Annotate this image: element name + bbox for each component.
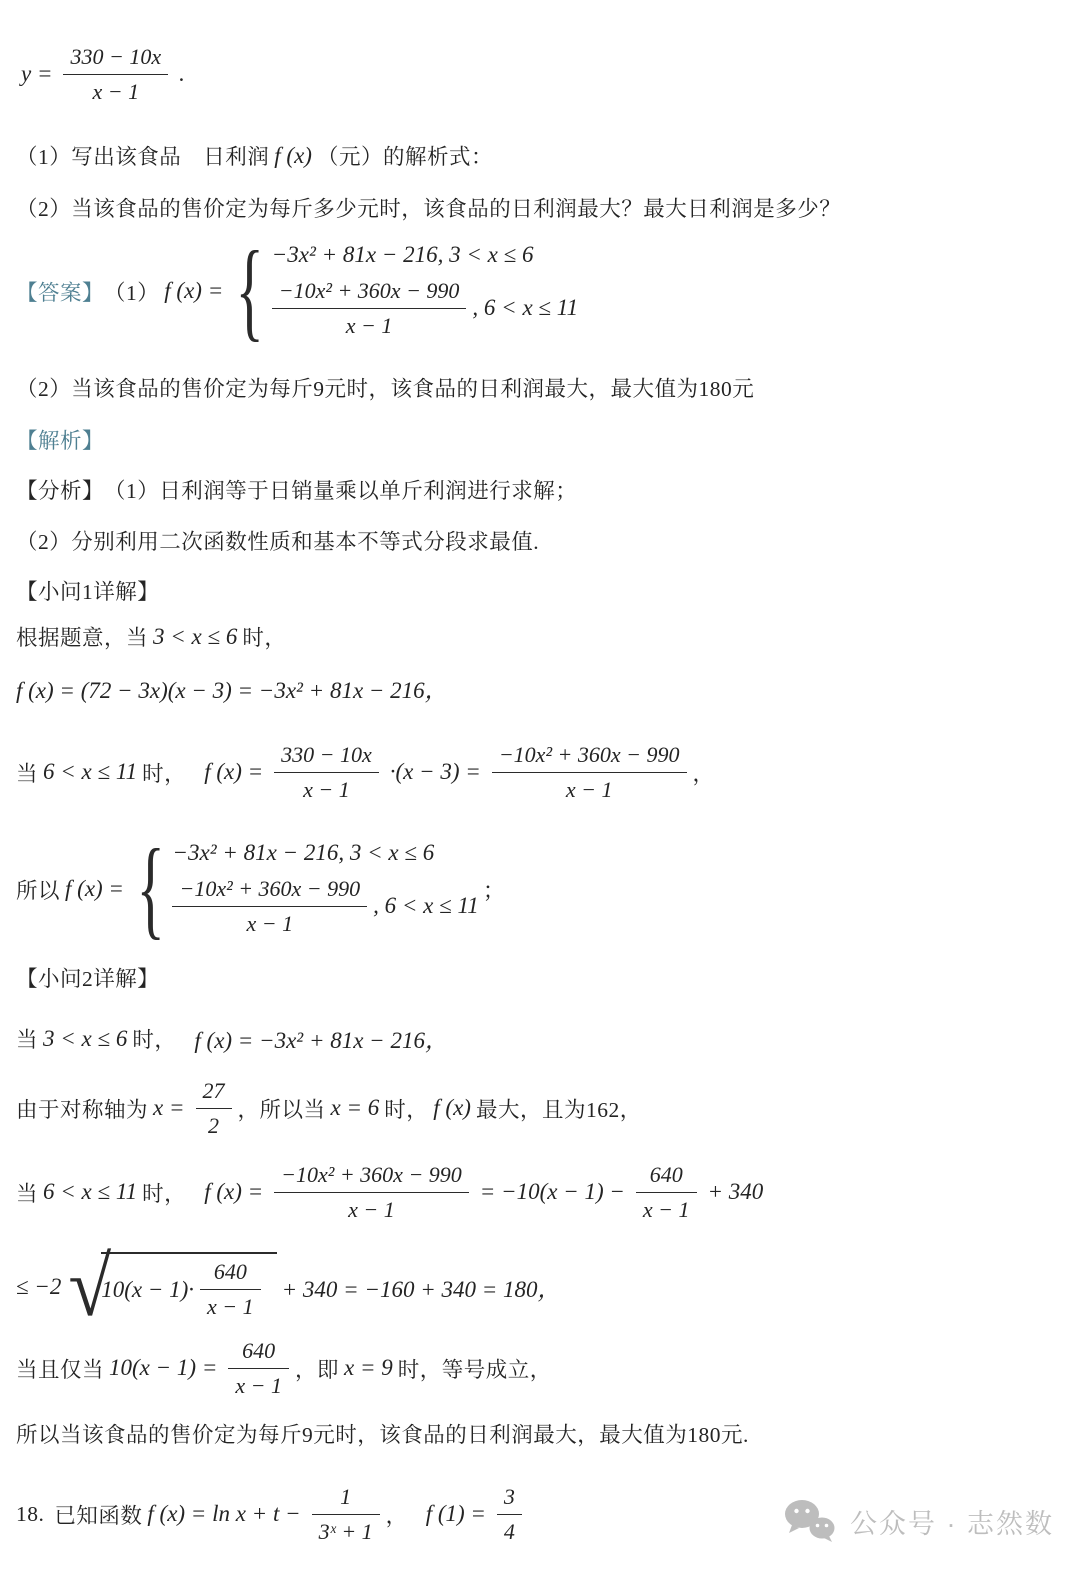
fraction-denominator: x − 1 [200,1290,261,1322]
detail1-line3-comma: ， [693,757,715,788]
detail2-line5-math2: x = 9 [344,1355,393,1381]
fraction-numerator: 1 [312,1482,380,1515]
detail1-line4: 所以 f (x) = { −3x² + 81x − 216, 3 < x ≤ 6… [16,840,505,938]
detail2-line2-text3: 时， [384,1093,428,1124]
case-1: −3x² + 81x − 216, 3 < x ≤ 6 [172,840,434,866]
fraction-numerator: 640 [228,1336,289,1369]
watermark: 公众号 · 志然数 [782,1498,1054,1544]
detail2-line2-text4: 最大，且为162， [476,1093,642,1124]
detail2-line3-math1: 6 < x ≤ 11 [43,1179,137,1205]
case-2: −10x² + 360x − 990 x − 1 , 6 < x ≤ 11 [172,874,478,938]
detail2-line3-lhs: f (x) = [204,1179,263,1205]
detail2-line1-math2: f (x) = −3x² + 81x − 216， [194,1022,448,1055]
detail1-header-label: 【小问1详解】 [16,575,159,606]
answer-label: 【答案】 [16,276,104,307]
piecewise-cases: { −3x² + 81x − 216, 3 < x ≤ 6 −10x² + 36… [133,840,479,938]
detail2-line5: 当且仅当 10(x − 1) = 640 x − 1 ，即 x = 9 时，等号… [16,1336,552,1400]
fraction-numerator: 3 [497,1482,522,1515]
fraction-denominator: x − 1 [636,1193,697,1225]
detail1-line3-text: 当 [16,757,38,788]
analysis-line2-text: （2）分别利用二次函数性质和基本不等式分段求最值. [16,525,539,556]
radicand: 10(x − 1)· 640 x − 1 [101,1252,276,1321]
detail1-line3-text2: 时， [142,757,186,788]
fraction-numerator: −10x² + 360x − 990 [272,276,467,309]
fraction-denominator: x − 1 [63,75,168,107]
question-part2: （2）当该食品的售价定为每斤多少元时，该食品的日利润最大？最大日利润是多少？ [16,192,841,223]
detail2-line1-text2: 时， [132,1023,176,1054]
wechat-icon [782,1498,838,1544]
detail1-line2-math: f (x) = (72 − 3x)(x − 3) = −3x² + 81x − … [16,672,448,705]
detail2-line4: ≤ −2 √ 10(x − 1)· 640 x − 1 + 340 = −160… [16,1250,566,1324]
question-18-lhs: f (x) = ln x + t − [147,1501,300,1527]
fraction-denominator: x − 1 [228,1369,289,1401]
detail2-line3-text: 当 [16,1177,38,1208]
fraction-numerator: 27 [196,1076,232,1109]
question-part1-text2: （元）的解析式： [317,140,493,171]
analysis-line2: （2）分别利用二次函数性质和基本不等式分段求最值. [16,525,539,556]
fraction: 27 2 [196,1076,232,1140]
fraction-denominator: 4 [497,1515,522,1547]
fraction: −10x² + 360x − 990 x − 1 [492,740,687,804]
fraction-denominator: 3ˣ + 1 [312,1515,380,1547]
fraction: 640 x − 1 [228,1336,289,1400]
detail2-line2-text2: ，所以当 [238,1093,326,1124]
detail2-line3: 当 6 < x ≤ 11 时， f (x) = −10x² + 360x − 9… [16,1160,768,1224]
question-part1: （1）写出该食品 日利润 f (x) （元）的解析式： [16,140,493,171]
question-part1-math: f (x) [274,143,312,169]
answer-line: 【答案】 （1） f (x) = { −3x² + 81x − 216, 3 <… [16,242,578,340]
question-18: 18. 已知函数 f (x) = ln x + t − 1 3ˣ + 1 ， f… [16,1482,528,1546]
detail1-header: 【小问1详解】 [16,575,159,606]
detail1-line3-math1: 6 < x ≤ 11 [43,759,137,785]
fraction-numerator: −10x² + 360x − 990 [172,874,367,907]
fraction: 640 x − 1 [636,1160,697,1224]
answer-part2-text: （2）当该食品的售价定为每斤9元时，该食品的日利润最大，最大值为180元 [16,372,754,403]
detail2-line5-text2: ，即 [295,1353,339,1384]
fraction-numerator: −10x² + 360x − 990 [492,740,687,773]
detail1-line1-math: 3 < x ≤ 6 [153,624,237,650]
answer-number: （1） [104,276,159,307]
square-root: √ 10(x − 1)· 640 x − 1 [68,1250,276,1324]
fraction: 330 − 10x x − 1 [274,740,379,804]
fraction: −10x² + 360x − 990 x − 1 [272,276,467,340]
detail2-line2-math2: x = 6 [331,1095,380,1121]
detail2-line6-text: 所以当该食品的售价定为每斤9元时，该食品的日利润最大，最大值为180元. [16,1418,749,1449]
fraction-numerator: 330 − 10x [63,42,168,75]
fraction: −10x² + 360x − 990 x − 1 [274,1160,469,1224]
equation-y: y = 330 − 10x x − 1 . [16,42,190,106]
detail1-line3-mid: ·(x − 3) = [390,759,481,785]
answer-fx-lhs: f (x) = [164,278,223,304]
fraction-numerator: 640 [200,1257,261,1290]
equation-y-period: . [179,61,185,87]
detail2-line4-post: + 340 = −160 + 340 = 180， [282,1271,561,1304]
fraction-numerator: 330 − 10x [274,740,379,773]
case-1: −3x² + 81x − 216, 3 < x ≤ 6 [272,242,534,268]
fraction: −10x² + 360x − 990 x − 1 [172,874,367,938]
detail1-line1: 根据题意，当 3 < x ≤ 6 时， [16,621,286,652]
analysis-line1-text: （1）日利润等于日销量乘以单斤利润进行求解； [104,474,577,505]
cases-column: −3x² + 81x − 216, 3 < x ≤ 6 −10x² + 360x… [272,242,578,340]
fraction-denominator: 2 [196,1109,232,1141]
analysis-label: 【分析】 [16,474,104,505]
detail1-line4-text: 所以 [16,874,60,905]
radicand-pre: 10(x − 1)· [101,1277,194,1303]
detail1-line3: 当 6 < x ≤ 11 时， f (x) = 330 − 10x x − 1 … [16,740,715,804]
cases-column: −3x² + 81x − 216, 3 < x ≤ 6 −10x² + 360x… [172,840,478,938]
fraction: 1 3ˣ + 1 [312,1482,380,1546]
fraction-denominator: x − 1 [274,773,379,805]
fraction: 640 x − 1 [200,1257,261,1321]
question-18-lhs2: f (1) = [426,1501,486,1527]
detail1-line4-lhs: f (x) = [65,876,124,902]
question-part2-text: （2）当该食品的售价定为每斤多少元时，该食品的日利润最大？最大日利润是多少？ [16,192,841,223]
equation-y-lhs: y = [21,61,52,87]
detail2-line2: 由于对称轴为 x = 27 2 ，所以当 x = 6 时， f (x) 最大，且… [16,1076,642,1140]
detail2-line2-math3: f (x) [433,1095,471,1121]
detail2-line3-text2: 时， [142,1177,186,1208]
question-18-text: 已知函数 [54,1499,142,1530]
case-2-condition: , 6 < x ≤ 11 [373,893,479,919]
detail2-line2-text: 由于对称轴为 [16,1093,148,1124]
detail2-line3-mid: = −10(x − 1) − [480,1179,625,1205]
detail1-line3-lhs: f (x) = [204,759,263,785]
case-2: −10x² + 360x − 990 x − 1 , 6 < x ≤ 11 [272,276,578,340]
fraction: 330 − 10x x − 1 [63,42,168,106]
radical-sign: √ [68,1247,111,1327]
question-part1-text: （1）写出该食品 日利润 [16,140,269,171]
fraction-numerator: −10x² + 360x − 990 [274,1160,469,1193]
analysis-header-label: 【解析】 [16,424,104,455]
detail2-line3-end: + 340 [708,1179,764,1205]
question-18-comma: ， [386,1499,408,1530]
detail2-header: 【小问2详解】 [16,962,159,993]
detail1-line1-text2: 时， [242,621,286,652]
detail2-line1: 当 3 < x ≤ 6 时， f (x) = −3x² + 81x − 216， [16,1022,453,1055]
case-2-condition: , 6 < x ≤ 11 [472,295,578,321]
detail1-line4-semicolon: ； [483,874,505,905]
question-18-number: 18. [16,1502,44,1527]
detail2-header-label: 【小问2详解】 [16,962,159,993]
detail1-line1-text: 根据题意，当 [16,621,148,652]
fraction: 3 4 [497,1482,522,1546]
detail2-line5-text3: 时，等号成立， [398,1353,552,1384]
fraction-numerator: 640 [636,1160,697,1193]
detail1-line2: f (x) = (72 − 3x)(x − 3) = −3x² + 81x − … [16,672,453,705]
left-brace: { [236,236,264,347]
detail2-line5-text: 当且仅当 [16,1353,104,1384]
analysis-header: 【解析】 [16,424,104,455]
detail2-line6: 所以当该食品的售价定为每斤9元时，该食品的日利润最大，最大值为180元. [16,1418,749,1449]
detail2-line1-text: 当 [16,1023,38,1054]
fraction-denominator: x − 1 [492,773,687,805]
left-brace: { [137,834,165,945]
detail2-line4-pre: ≤ −2 [16,1274,61,1300]
analysis-line1: 【分析】 （1）日利润等于日销量乘以单斤利润进行求解； [16,474,577,505]
watermark-text: 公众号 · 志然数 [850,1502,1054,1541]
fraction-denominator: x − 1 [272,309,467,341]
detail2-line2-lhs: x = [153,1095,184,1121]
fraction-denominator: x − 1 [274,1193,469,1225]
fraction-denominator: x − 1 [172,907,367,939]
detail2-line5-lhs: 10(x − 1) = [109,1355,217,1381]
detail2-line1-math1: 3 < x ≤ 6 [43,1026,127,1052]
answer-part2: （2）当该食品的售价定为每斤9元时，该食品的日利润最大，最大值为180元 [16,372,754,403]
piecewise-cases: { −3x² + 81x − 216, 3 < x ≤ 6 −10x² + 36… [232,242,578,340]
